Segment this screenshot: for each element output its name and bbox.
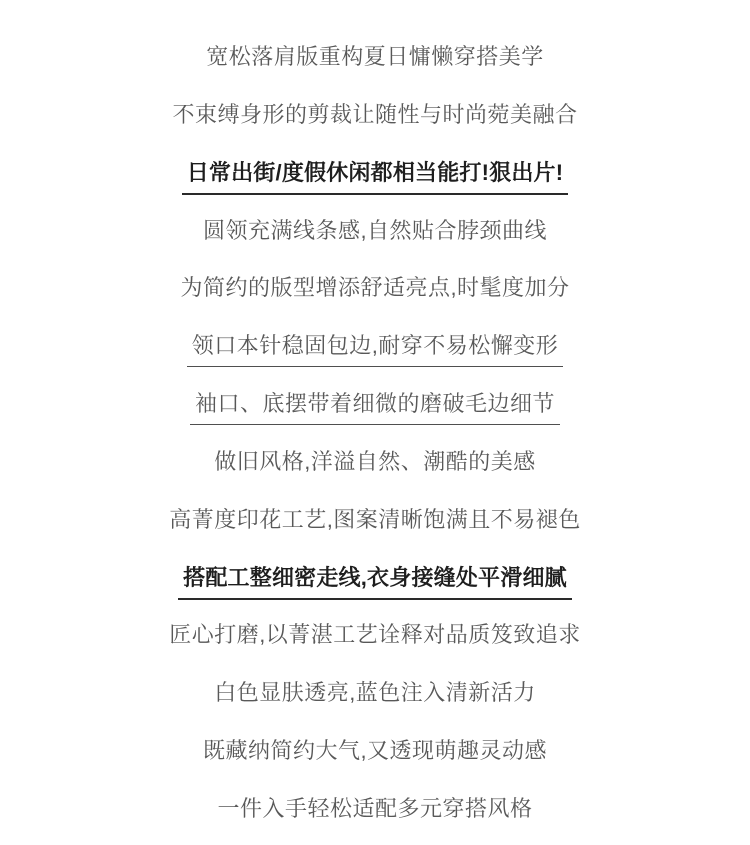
copy-line-4-text: 圆领充满线条感,自然贴合脖颈曲线	[203, 216, 547, 246]
copy-line-3-text: 日常出街/度假休闲都相当能打!狠出片!	[182, 158, 569, 195]
copy-line-5-text: 为简约的版型增添舒适亮点,时髦度加分	[180, 273, 569, 303]
copy-line-10-headline: 搭配工整细密走线,衣身接缝处平滑细腻	[0, 563, 750, 593]
copy-line-2: 不束缚身形的剪裁让随性与时尚菀美融合	[0, 100, 750, 130]
copy-line-1-text: 宽松落肩版重构夏日慵懒穿搭美学	[206, 42, 544, 72]
copy-line-6: 领口本针稳固包边,耐穿不易松懈变形	[0, 331, 750, 361]
copy-line-11-text: 匠心打磨,以菁湛工艺诠释对品质笈致追求	[169, 620, 581, 650]
copy-line-13-text: 既藏纳简约大气,又透现萌趣灵动感	[203, 736, 547, 766]
copy-line-11: 匠心打磨,以菁湛工艺诠释对品质笈致追求	[0, 620, 750, 650]
copy-line-6-text: 领口本针稳固包边,耐穿不易松懈变形	[187, 331, 564, 367]
copy-line-13: 既藏纳简约大气,又透现萌趣灵动感	[0, 736, 750, 766]
copy-line-5: 为简约的版型增添舒适亮点,时髦度加分	[0, 273, 750, 303]
copy-line-9: 高菁度印花工艺,图案清晰饱满且不易褪色	[0, 505, 750, 535]
copy-line-12-text: 白色显肤透亮,蓝色注入清新活力	[214, 678, 536, 708]
copy-line-9-text: 高菁度印花工艺,图案清晰饱满且不易褪色	[169, 505, 581, 535]
copy-line-4: 圆领充满线条感,自然贴合脖颈曲线	[0, 216, 750, 246]
copy-line-12: 白色显肤透亮,蓝色注入清新活力	[0, 678, 750, 708]
copy-line-10-text: 搭配工整细密走线,衣身接缝处平滑细腻	[178, 563, 572, 600]
copy-line-8: 做旧风格,洋溢自然、潮酷的美感	[0, 447, 750, 477]
product-description-page: 宽松落肩版重构夏日慵懒穿搭美学 不束缚身形的剪裁让随性与时尚菀美融合 日常出街/…	[0, 0, 750, 845]
copy-line-1: 宽松落肩版重构夏日慵懒穿搭美学	[0, 42, 750, 72]
copy-line-7: 袖口、底摆带着细微的磨破毛边细节	[0, 389, 750, 419]
copy-line-2-text: 不束缚身形的剪裁让随性与时尚菀美融合	[172, 100, 577, 130]
copy-line-3-headline: 日常出街/度假休闲都相当能打!狠出片!	[0, 158, 750, 188]
copy-line-7-text: 袖口、底摆带着细微的磨破毛边细节	[190, 389, 560, 425]
copy-line-14: 一件入手轻松适配多元穿搭风格	[0, 794, 750, 824]
copy-line-14-text: 一件入手轻松适配多元穿搭风格	[217, 794, 532, 824]
copy-line-8-text: 做旧风格,洋溢自然、潮酷的美感	[214, 447, 536, 477]
